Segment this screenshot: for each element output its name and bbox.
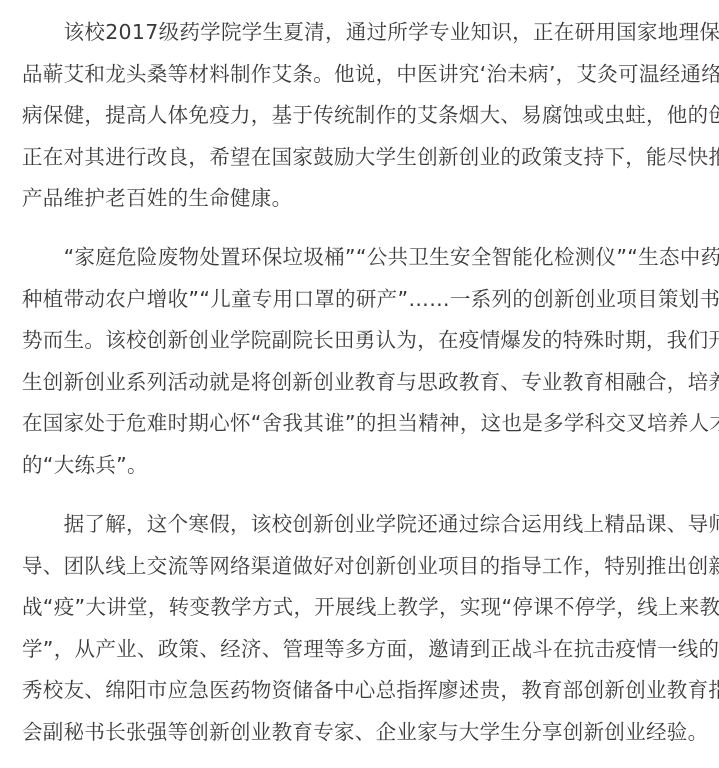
paragraph-line: 品蕲艾和龙头桑等材料制作艾条。他说，中医讲究‘治未病’，艾灸可温经通络、防 [22,60,698,88]
paragraph-line: “家庭危险废物处置环保垃圾桶”“公共卫生安全智能化检测仪”“生态中药材 [22,243,698,271]
paragraph-line: 该校2017级药学院学生夏清，通过所学专业知识，正在研用国家地理保护性产 [22,18,698,46]
paragraph-line: 据了解，这个寒假，该校创新创业学院还通过综合运用线上精品课、导师连线指 [22,510,698,538]
paragraph-line: 正在对其进行改良，希望在国家鼓励大学生创新创业的政策支持下，能尽快推出这款 [22,143,698,171]
paragraph-line: 病保健，提高人体免疫力，基于传统制作的艾条烟大、易腐蚀或虫蛀，他的创业团队 [22,101,698,129]
paragraph-line: 导、团队线上交流等网络渠道做好对创新创业项目的指导工作，特别推出创新创业 [22,552,698,580]
paragraph-line: 势而生。该校创新创业学院副院长田勇认为，在疫情爆发的特殊时期，我们开展大学 [22,326,698,354]
paragraph-line: 学”，从产业、政策、经济、管理等多方面，邀请到正战斗在抗击疫情一线的该校优 [22,635,698,663]
paragraph-line: 在国家处于危难时期心怀“舍我其谁”的担当精神，这也是多学科交叉培养人才 [22,409,698,437]
article-body: 该校2017级药学院学生夏清，通过所学专业知识，正在研用国家地理保护性产 品蕲艾… [0,0,719,768]
paragraph-line: 的“大练兵”。 [22,451,698,479]
paragraph-line: 生创新创业系列活动就是将创新创业教育与思政教育、专业教育相融合，培养大学生 [22,368,698,396]
paragraph-line: 秀校友、绵阳市应急医药物资储备中心总指挥廖述贵，教育部创新创业教育指导委员 [22,676,698,704]
paragraph-line: 会副秘书长张强等创新创业教育专家、企业家与大学生分享创新创业经验。 [22,718,698,746]
paragraph-line: 产品维护老百姓的生命健康。 [22,184,698,212]
paragraph-line: 战“疫”大讲堂，转变教学方式，开展线上教学，实现“停课不停学，线上来教 [22,593,698,621]
paragraph-line: 种植带动农户增收”“儿童专用口罩的研产”……一系列的创新创业项目策划书正顺 [22,285,698,313]
